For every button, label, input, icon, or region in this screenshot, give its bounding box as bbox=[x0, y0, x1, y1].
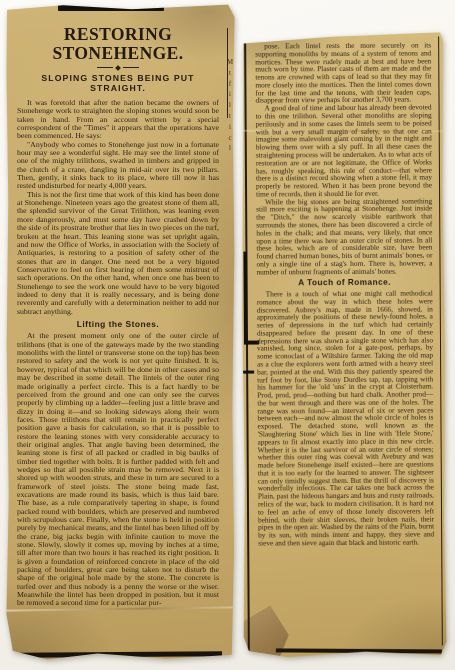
bottom-rule-bar bbox=[276, 648, 442, 653]
divider-line bbox=[123, 67, 139, 68]
crosshead-a-touch-of-romance: A Touch of Romance. bbox=[257, 278, 433, 288]
paragraph-tenons-mortices: pose. Each lintel rests the more securel… bbox=[255, 41, 431, 104]
headline: RESTORING STONEHENGE. bbox=[17, 25, 219, 63]
headline-divider-ornament bbox=[17, 64, 219, 71]
divider-diamond bbox=[115, 65, 121, 71]
clipping-left-wrap: RESTORING STONEHENGE. SLOPING STONES BEI… bbox=[6, 4, 235, 660]
left-column-rule bbox=[244, 42, 249, 651]
divider-line bbox=[97, 67, 113, 68]
top-rule-bar bbox=[58, 4, 164, 11]
edge-dash-mark bbox=[242, 371, 254, 374]
right-column-rule bbox=[438, 36, 443, 645]
clipping-right-wrap: pose. Each lintel rests the more securel… bbox=[240, 32, 447, 658]
newspaper-clipping-right: pose. Each lintel rests the more securel… bbox=[240, 32, 447, 658]
subheadline: SLOPING STONES BEING PUT STRAIGHT. bbox=[17, 73, 219, 93]
paragraph-circle-of-holes: While the big stones are being straighte… bbox=[256, 197, 432, 276]
paragraph-lifting-detail: At the present moment only one of the ou… bbox=[17, 332, 219, 607]
paragraph-intro: It was foretold that after the nation be… bbox=[17, 99, 219, 141]
paragraph-good-deal-of-time: A good deal of time and labour has alrea… bbox=[256, 104, 433, 198]
newspaper-clipping-left: RESTORING STONEHENGE. SLOPING STONES BEI… bbox=[6, 4, 235, 660]
cut-off-letter-fragments: M t f i l t i c l bbox=[226, 58, 234, 155]
bottom-rule-bar bbox=[16, 651, 222, 657]
crosshead-lifting-the-stones: Lifting the Stones. bbox=[17, 319, 219, 329]
thick-rule-fragment bbox=[243, 252, 248, 344]
paragraph-not-first-time: This is not the first time that work of … bbox=[17, 191, 219, 316]
scan-background: RESTORING STONEHENGE. SLOPING STONES BEI… bbox=[0, 0, 455, 670]
paragraph-romance-detail: There is a touch of what one might call … bbox=[257, 289, 435, 547]
paragraph-quote-anybody: "Anybody who comes to Stonehenge just no… bbox=[17, 141, 219, 191]
